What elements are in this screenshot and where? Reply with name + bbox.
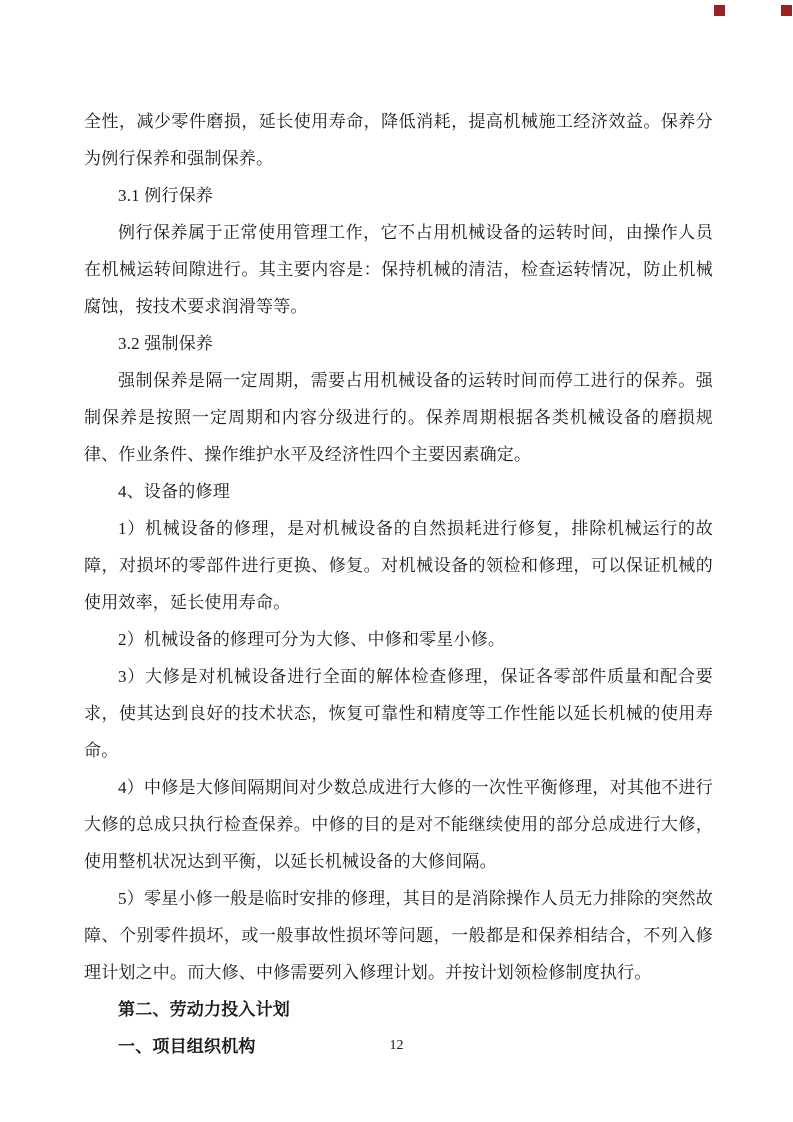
- document-page: 全性，减少零件磨损，延长使用寿命，降低消耗，提高机械施工经济效益。保养分为例行保…: [0, 0, 793, 1122]
- document-body: 全性，减少零件磨损，延长使用寿命，降低消耗，提高机械施工经济效益。保养分为例行保…: [84, 103, 713, 1065]
- paragraph: 3）大修是对机械设备进行全面的解体检查修理，保证各零部件质量和配合要求，使其达到…: [84, 658, 713, 769]
- red-square-marker: [781, 5, 792, 16]
- paragraph-continuation: 全性，减少零件磨损，延长使用寿命，降低消耗，提高机械施工经济效益。保养分为例行保…: [84, 103, 713, 177]
- subheading-3-1: 3.1 例行保养: [84, 177, 713, 214]
- paragraph: 1）机械设备的修理，是对机械设备的自然损耗进行修复，排除机械运行的故障，对损坏的…: [84, 510, 713, 621]
- subheading-4: 4、设备的修理: [84, 473, 713, 510]
- paragraph: 例行保养属于正常使用管理工作，它不占用机械设备的运转时间，由操作人员在机械运转间…: [84, 214, 713, 325]
- red-square-marker: [714, 5, 725, 16]
- subheading-3-2: 3.2 强制保养: [84, 325, 713, 362]
- section-heading-labor-plan: 第二、劳动力投入计划: [84, 991, 713, 1028]
- paragraph: 5）零星小修一般是临时安排的修理，其目的是消除操作人员无力排除的突然故障、个别零…: [84, 880, 713, 991]
- paragraph: 4）中修是大修间隔期间对少数总成进行大修的一次性平衡修理，对其他不进行大修的总成…: [84, 769, 713, 880]
- page-number: 12: [0, 1037, 793, 1055]
- paragraph: 强制保养是隔一定周期，需要占用机械设备的运转时间而停工进行的保养。强制保养是按照…: [84, 362, 713, 473]
- paragraph: 2）机械设备的修理可分为大修、中修和零星小修。: [84, 621, 713, 658]
